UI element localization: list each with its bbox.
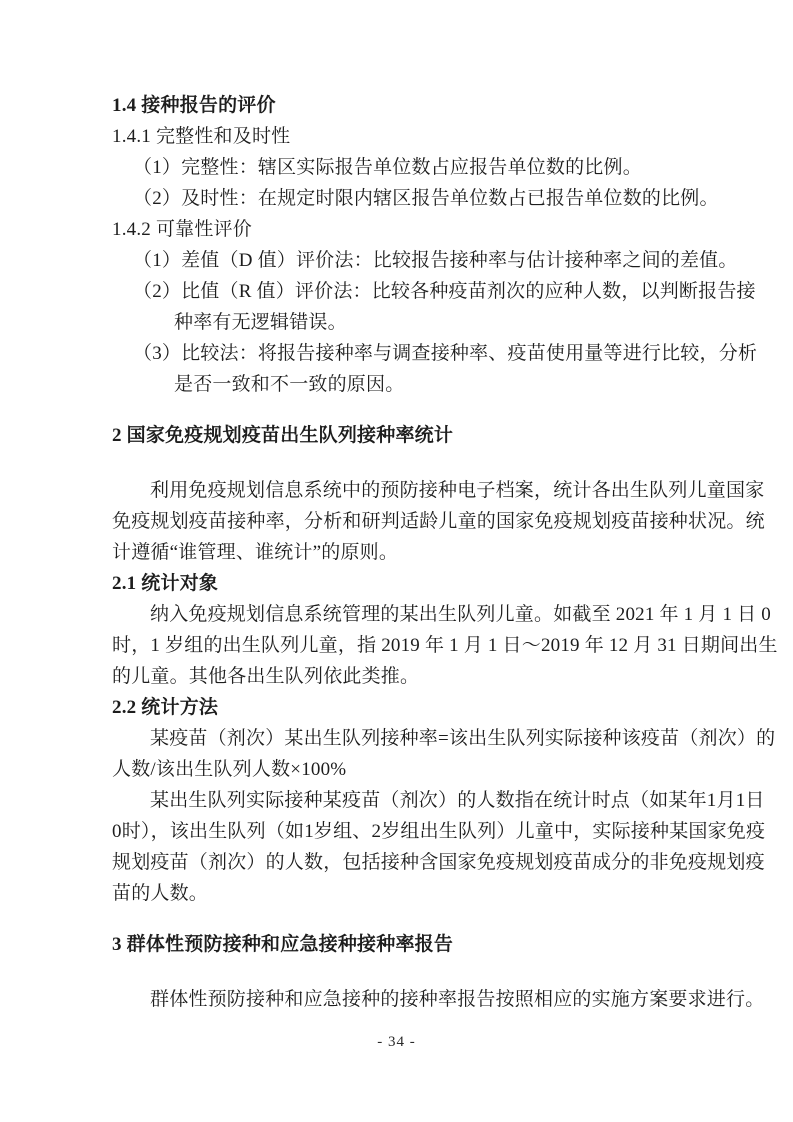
- section-heading: 1.4 接种报告的评价: [112, 90, 682, 121]
- body-line: 规划疫苗（剂次）的人数，包括接种含国家免疫规划疫苗成分的非免疫规划疫: [112, 847, 682, 878]
- paragraph-first-line: 利用免疫规划信息系统中的预防接种电子档案，统计各出生队列儿童国家: [112, 475, 682, 506]
- body-line: 人数/该出生队列人数×100%: [112, 754, 682, 785]
- body-line: 0时），该出生队列（如1岁组、2岁组出生队列）儿童中，实际接种某国家免疫: [112, 816, 682, 847]
- subsection-heading: 2.2 统计方法: [112, 692, 682, 723]
- paragraph-first-line: 纳入免疫规划信息系统管理的某出生队列儿童。如截至 2021 年 1 月 1 日 …: [112, 599, 682, 630]
- body-line: 计遵循“谁管理、谁统计”的原则。: [112, 537, 682, 568]
- paragraph-first-line: 某出生队列实际接种某疫苗（剂次）的人数指在统计时点（如某年1月1日: [112, 785, 682, 816]
- document-body: 1.4 接种报告的评价1.4.1 完整性和及时性（1）完整性：辖区实际报告单位数…: [112, 90, 682, 1015]
- body-line: 苗的人数。: [112, 878, 682, 909]
- paragraph-first-line: 某疫苗（剂次）某出生队列接种率=该出生队列实际接种该疫苗（剂次）的: [112, 723, 682, 754]
- paragraph-first-line: 群体性预防接种和应急接种的接种率报告按照相应的实施方案要求进行。: [112, 984, 682, 1015]
- list-item-line: （2）比值（R 值）评价法：比较各种疫苗剂次的应种人数，以判断报告接: [112, 276, 682, 307]
- list-item-continuation: 是否一致和不一致的原因。: [112, 369, 682, 400]
- section-heading: 3 群体性预防接种和应急接种接种率报告: [112, 929, 682, 960]
- list-item-line: （1）完整性：辖区实际报告单位数占应报告单位数的比例。: [112, 152, 682, 183]
- page: 1.4 接种报告的评价1.4.1 完整性和及时性（1）完整性：辖区实际报告单位数…: [0, 0, 793, 1122]
- list-item-line: （3）比较法：将报告接种率与调查接种率、疫苗使用量等进行比较，分析: [112, 338, 682, 369]
- body-line: 时，1 岁组的出生队列儿童，指 2019 年 1 月 1 日～2019 年 12…: [112, 630, 682, 661]
- list-item-continuation: 种率有无逻辑错误。: [112, 307, 682, 338]
- body-line: 1.4.1 完整性和及时性: [112, 121, 682, 152]
- body-line: 1.4.2 可靠性评价: [112, 214, 682, 245]
- list-item-line: （2）及时性：在规定时限内辖区报告单位数占已报告单位数的比例。: [112, 183, 682, 214]
- body-line: 免疫规划疫苗接种率，分析和研判适龄儿童的国家免疫规划疫苗接种状况。统: [112, 506, 682, 537]
- list-item-line: （1）差值（D 值）评价法：比较报告接种率与估计接种率之间的差值。: [112, 245, 682, 276]
- body-line: 的儿童。其他各出生队列依此类推。: [112, 661, 682, 692]
- page-number: - 34 -: [0, 1034, 793, 1050]
- subsection-heading: 2.1 统计对象: [112, 568, 682, 599]
- section-heading: 2 国家免疫规划疫苗出生队列接种率统计: [112, 420, 682, 451]
